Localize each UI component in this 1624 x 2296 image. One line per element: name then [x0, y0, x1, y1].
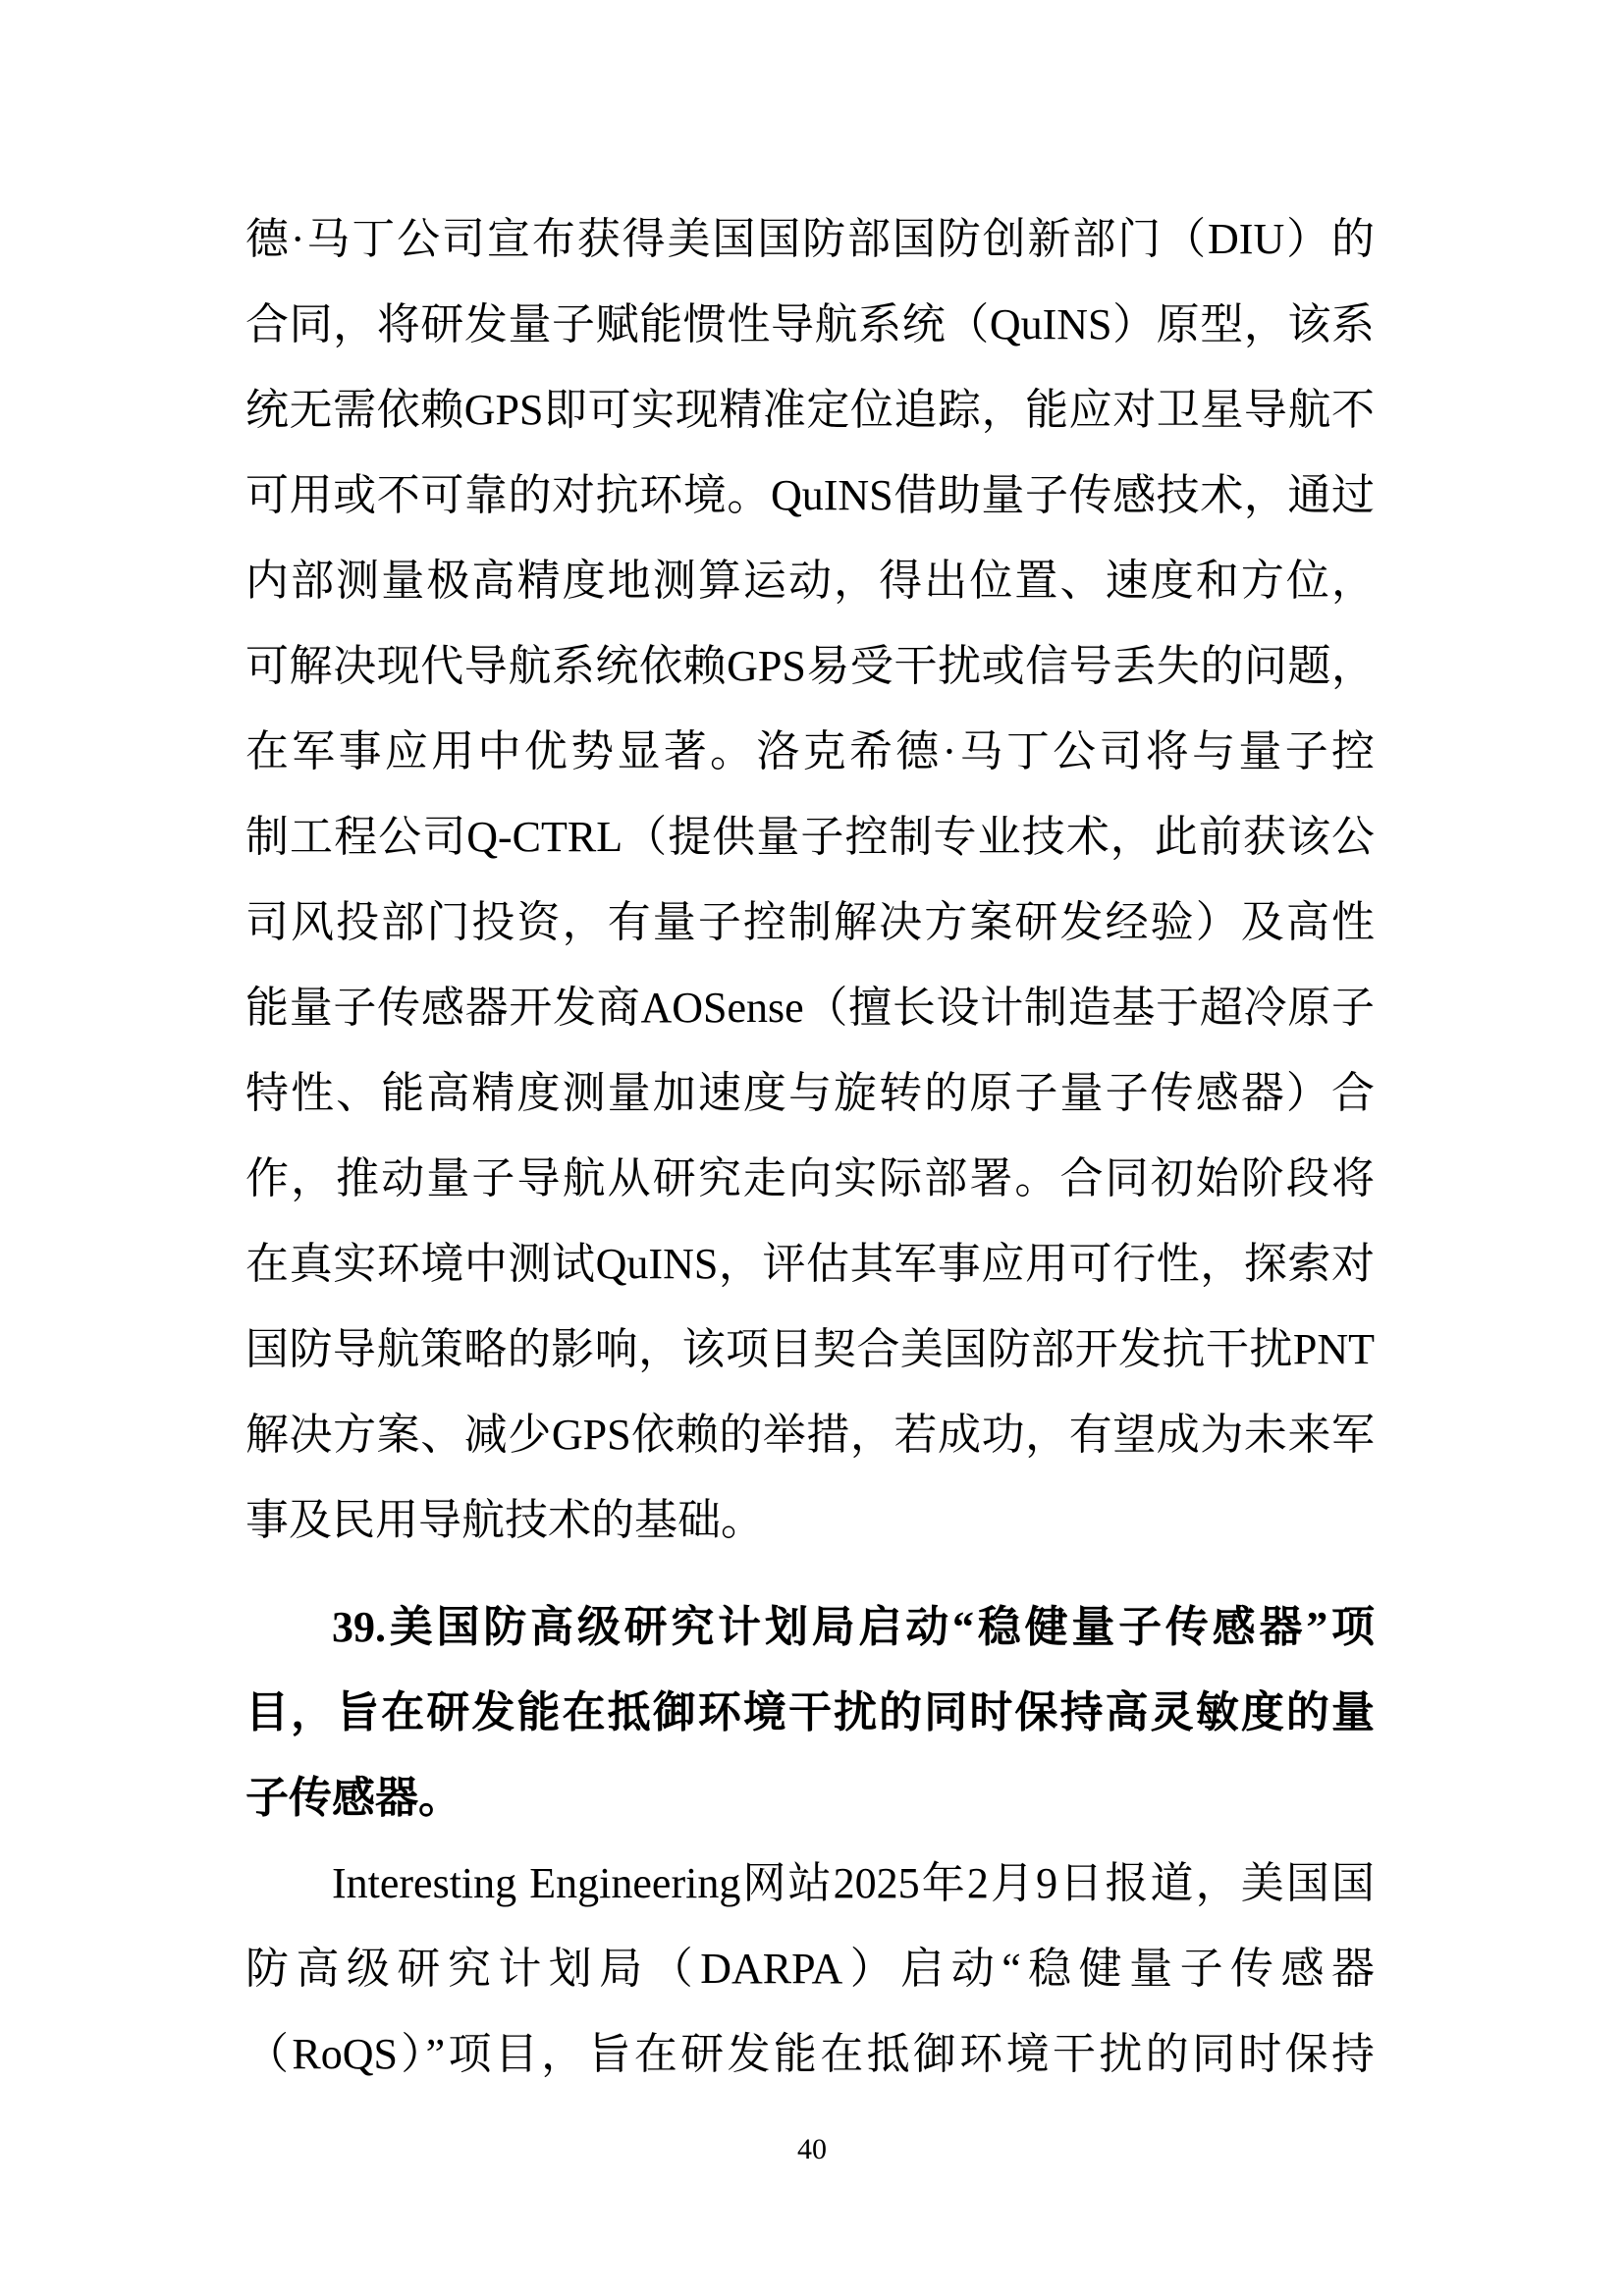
heading-line: 39.美国防高级研究计划局启动“稳健量子传感器”项 — [245, 1584, 1375, 1670]
text-line: 司风投部门投资，有量子控制解决方案研发经验）及高性 — [245, 880, 1375, 965]
text-line: 国防导航策略的影响，该项目契合美国防部开发抗干扰PNT — [245, 1307, 1375, 1392]
text-line: 事及民用导航技术的基础。 — [245, 1477, 1375, 1563]
document-page: 德·马丁公司宣布获得美国国防部国防创新部门（DIU）的 合同，将研发量子赋能惯性… — [0, 0, 1624, 2296]
paragraph-roqs-intro: Interesting Engineering网站2025年2月9日报道，美国国… — [245, 1841, 1375, 2097]
text-line: 制工程公司Q-CTRL（提供量子控制专业技术，此前获该公 — [245, 794, 1375, 880]
text-line: （RoQS）”项目，旨在研发能在抵御环境干扰的同时保持 — [245, 2011, 1375, 2097]
page-number: 40 — [0, 2128, 1624, 2171]
text-line: 特性、能高精度测量加速度与旋转的原子量子传感器）合 — [245, 1050, 1375, 1136]
text-line: 可用或不可靠的对抗环境。QuINS借助量子传感技术，通过 — [245, 453, 1375, 538]
text-line: 可解决现代导航系统依赖GPS易受干扰或信号丢失的问题， — [245, 623, 1375, 709]
text-line: 统无需依赖GPS即可实现精准定位追踪，能应对卫星导航不 — [245, 367, 1375, 453]
heading-line: 目，旨在研发能在抵御环境干扰的同时保持高灵敏度的量 — [245, 1670, 1375, 1755]
text-line: 解决方案、减少GPS依赖的举措，若成功，有望成为未来军 — [245, 1392, 1375, 1477]
text-line: 作，推动量子导航从研究走向实际部署。合同初始阶段将 — [245, 1136, 1375, 1221]
text-line: Interesting Engineering网站2025年2月9日报道，美国国 — [245, 1841, 1375, 1926]
text-body: 德·马丁公司宣布获得美国国防部国防创新部门（DIU）的 合同，将研发量子赋能惯性… — [245, 196, 1375, 2097]
text-line: 在真实环境中测试QuINS，评估其军事应用可行性，探索对 — [245, 1221, 1375, 1307]
text-line: 德·马丁公司宣布获得美国国防部国防创新部门（DIU）的 — [245, 196, 1375, 282]
text-line: 能量子传感器开发商AOSense（擅长设计制造基于超冷原子 — [245, 965, 1375, 1050]
heading-item-39: 39.美国防高级研究计划局启动“稳健量子传感器”项 目，旨在研发能在抵御环境干扰… — [245, 1584, 1375, 1841]
text-line: 在军事应用中优势显著。洛克希德·马丁公司将与量子控 — [245, 709, 1375, 794]
heading-line: 子传感器。 — [245, 1755, 1375, 1841]
text-line: 内部测量极高精度地测算运动，得出位置、速度和方位， — [245, 538, 1375, 623]
paragraph-quins-contract: 德·马丁公司宣布获得美国国防部国防创新部门（DIU）的 合同，将研发量子赋能惯性… — [245, 196, 1375, 1563]
text-line: 防高级研究计划局（DARPA）启动“稳健量子传感器 — [245, 1926, 1375, 2011]
text-line: 合同，将研发量子赋能惯性导航系统（QuINS）原型，该系 — [245, 282, 1375, 367]
